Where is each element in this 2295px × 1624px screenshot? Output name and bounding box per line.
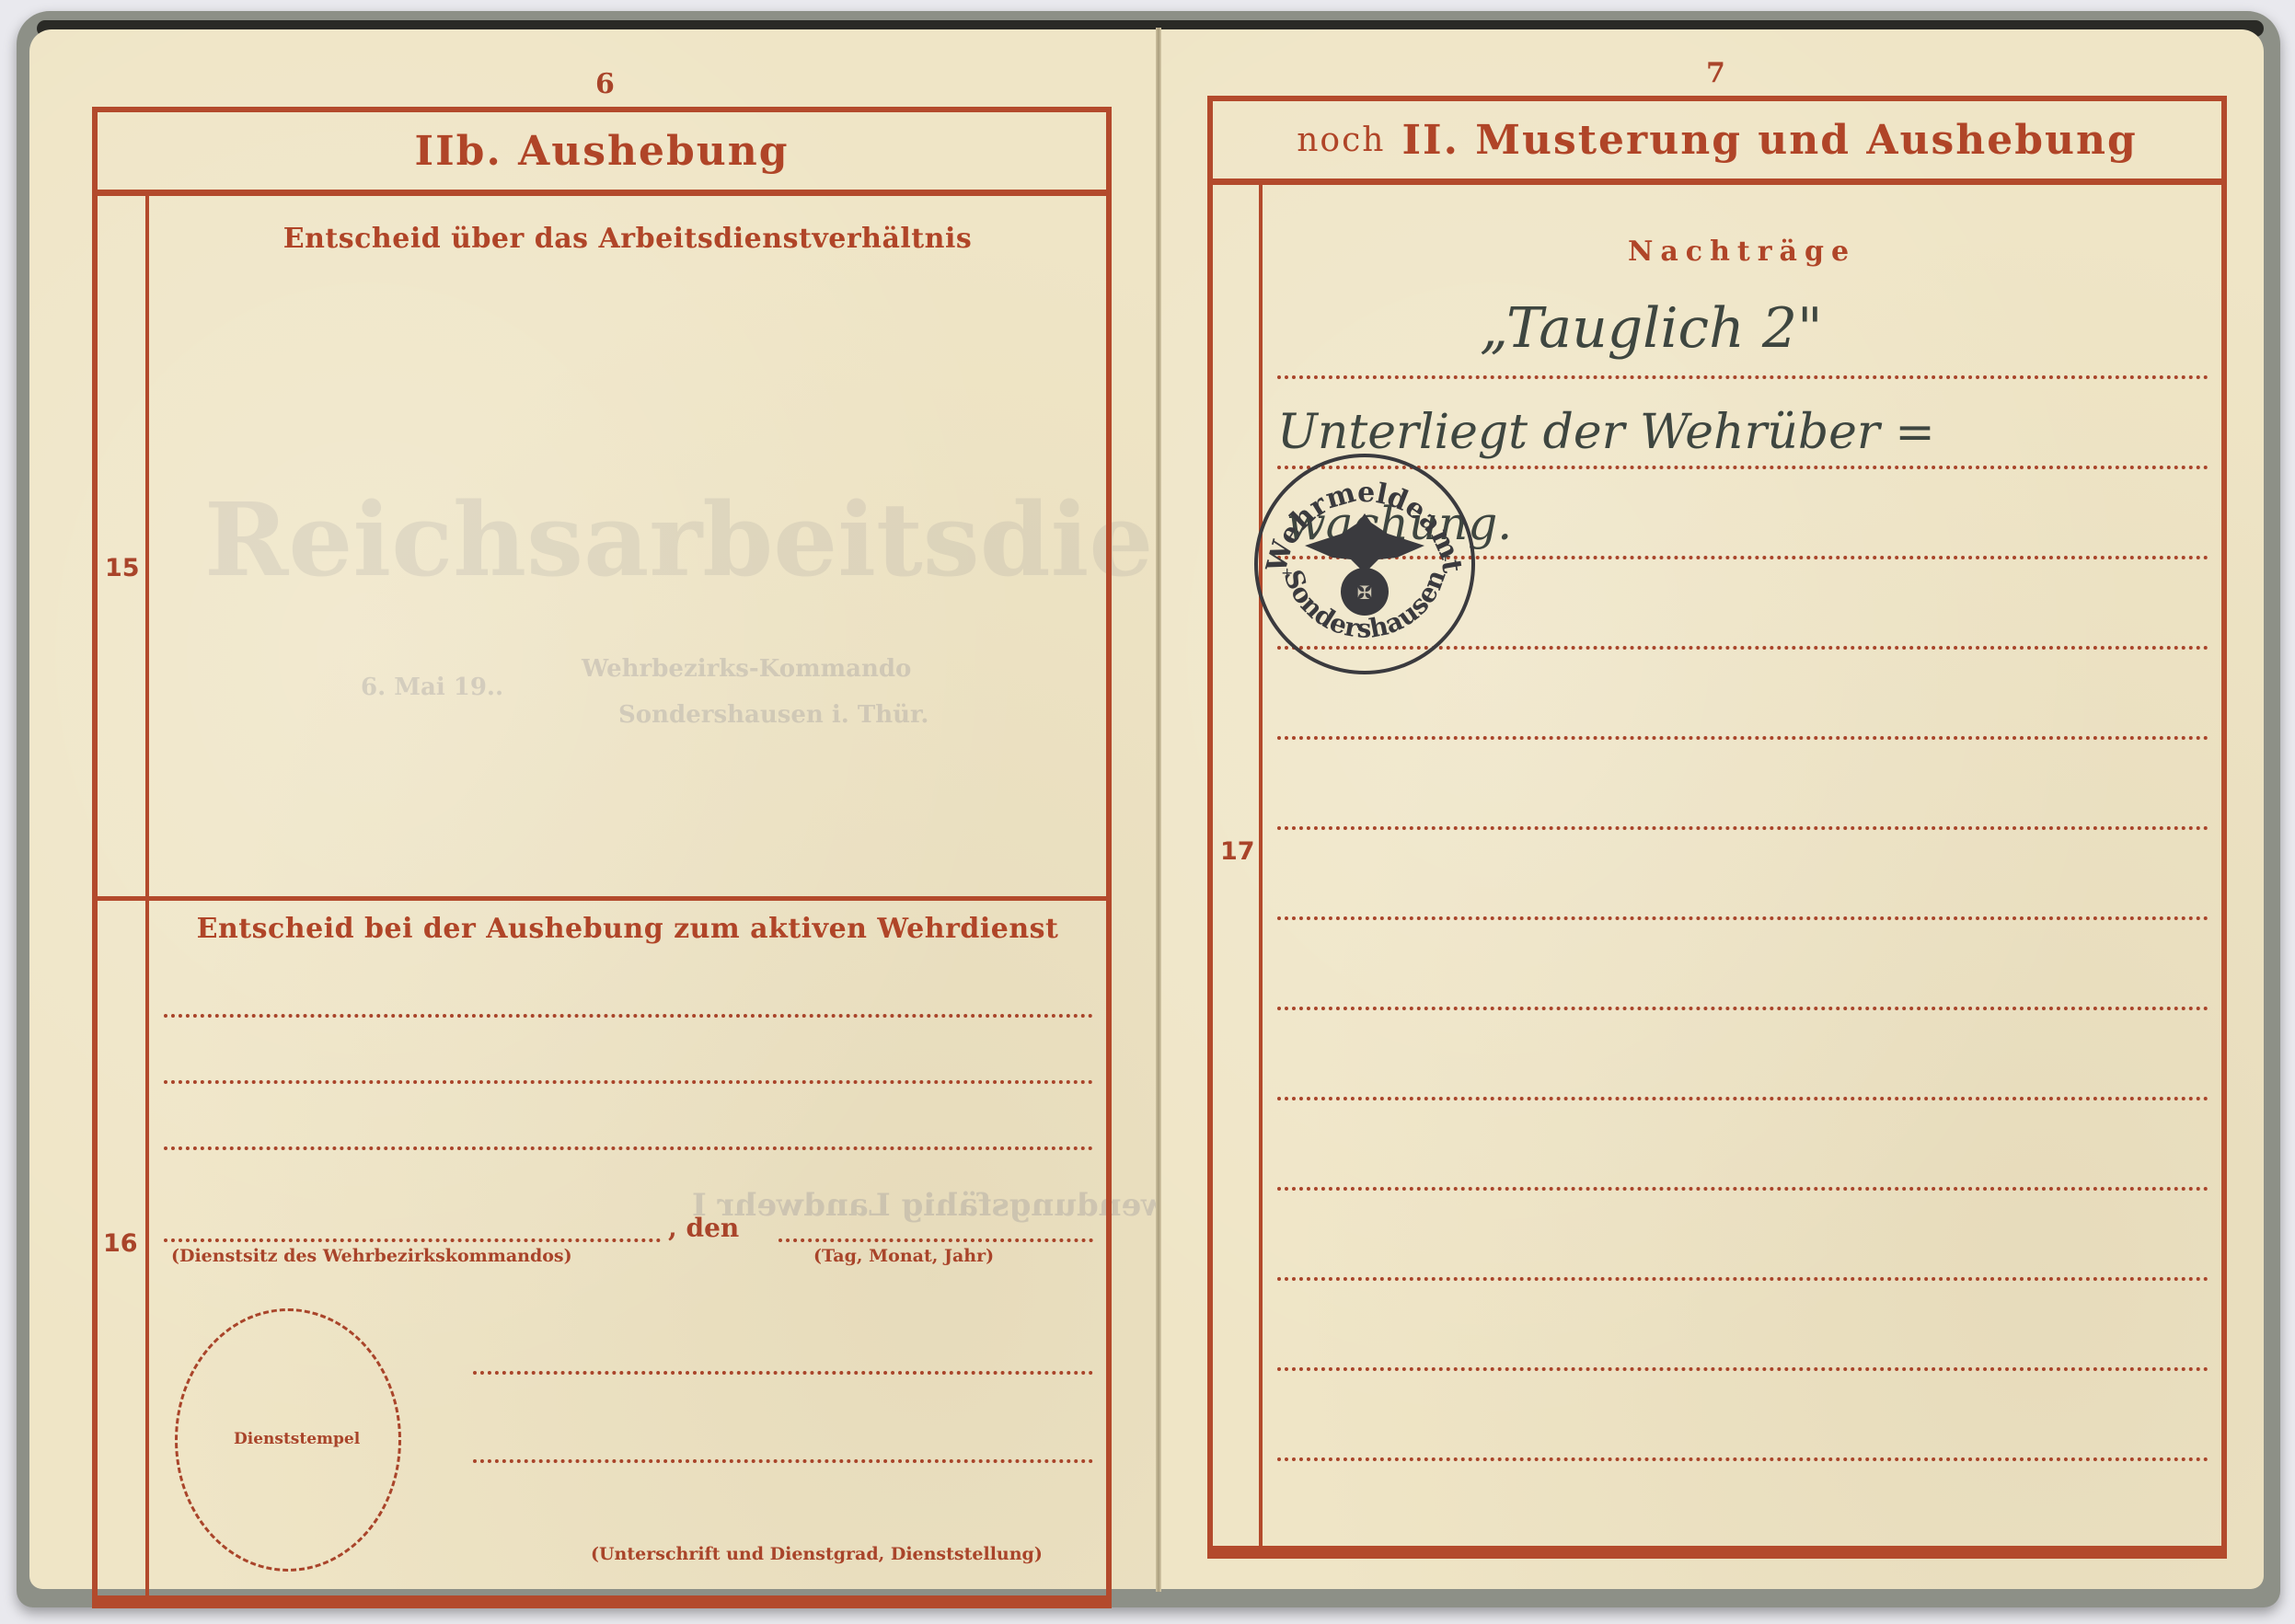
entry-line[interactable] [1277, 736, 2209, 740]
stamp-label: Dienststempel [234, 1430, 360, 1448]
svg-text:+: + [1281, 564, 1293, 582]
date-input-line[interactable] [778, 1238, 1093, 1242]
frame-bottom-rule [92, 1595, 1112, 1608]
handwritten-line-1: „Tauglich 2" [1480, 296, 1823, 361]
entry-line[interactable] [1277, 375, 2209, 379]
row-number-16: 16 [103, 1229, 138, 1258]
row-divider [98, 896, 1106, 901]
page-number: 7 [1706, 57, 1725, 89]
section-title: IIb. Aushebung [415, 128, 790, 175]
left-page: Reichsarbeitsdienst Wehrbezirks-Kommando… [29, 29, 1158, 1589]
entry-line[interactable] [164, 1080, 1093, 1084]
den-label: , den [668, 1213, 739, 1243]
entry-line[interactable] [1277, 916, 2209, 920]
signature-line[interactable] [473, 1371, 1093, 1375]
official-stamp: Wehrmeldeamt Sondershausen ✠ + + [1250, 449, 1480, 679]
entry-line[interactable] [1277, 1367, 2209, 1371]
place-caption: (Dienstsitz des Wehrbezirkskommandos) [171, 1246, 572, 1266]
page-number: 6 [595, 68, 615, 100]
entry-line[interactable] [164, 1014, 1093, 1018]
right-page: 7 noch II. Musterung und Aushebung 17 Na… [1161, 29, 2264, 1589]
title-bar: IIb. Aushebung [98, 112, 1106, 196]
rank-line[interactable] [473, 1459, 1093, 1463]
place-input-line[interactable] [164, 1238, 661, 1242]
row-number-17: 17 [1220, 837, 1255, 866]
title-bar: noch II. Musterung und Aushebung [1213, 101, 2221, 185]
eagle-emblem-icon: Wehrmeldeamt Sondershausen ✠ + + [1250, 449, 1480, 679]
svg-text:✠: ✠ [1357, 582, 1373, 604]
form-frame-left: IIb. Aushebung 15 Entscheid über das Arb… [92, 107, 1112, 1595]
date-caption: (Tag, Monat, Jahr) [813, 1246, 994, 1266]
entry-line[interactable] [1277, 1277, 2209, 1281]
entry-line[interactable] [164, 1146, 1093, 1150]
svg-text:+: + [1439, 547, 1451, 565]
section-title: II. Musterung und Aushebung [1401, 117, 2137, 164]
row-17-heading: Nachträge [1263, 236, 2221, 268]
title-prefix: noch [1297, 121, 1385, 159]
entry-line[interactable] [1277, 1097, 2209, 1100]
entry-line[interactable] [1277, 1007, 2209, 1010]
entry-line[interactable] [1277, 1457, 2209, 1461]
entry-line[interactable] [1277, 1187, 2209, 1191]
row-15-heading: Entscheid über das Arbeitsdienstverhältn… [149, 223, 1106, 255]
row-16-heading: Entscheid bei der Aushebung zum aktiven … [149, 913, 1106, 945]
signature-caption: (Unterschrift und Dienstgrad, Dienststel… [591, 1544, 1043, 1564]
form-frame-right: noch II. Musterung und Aushebung 17 Nach… [1207, 96, 2227, 1546]
entry-line[interactable] [1277, 826, 2209, 830]
row-number-15: 15 [105, 554, 140, 582]
frame-bottom-rule [1207, 1546, 2227, 1559]
